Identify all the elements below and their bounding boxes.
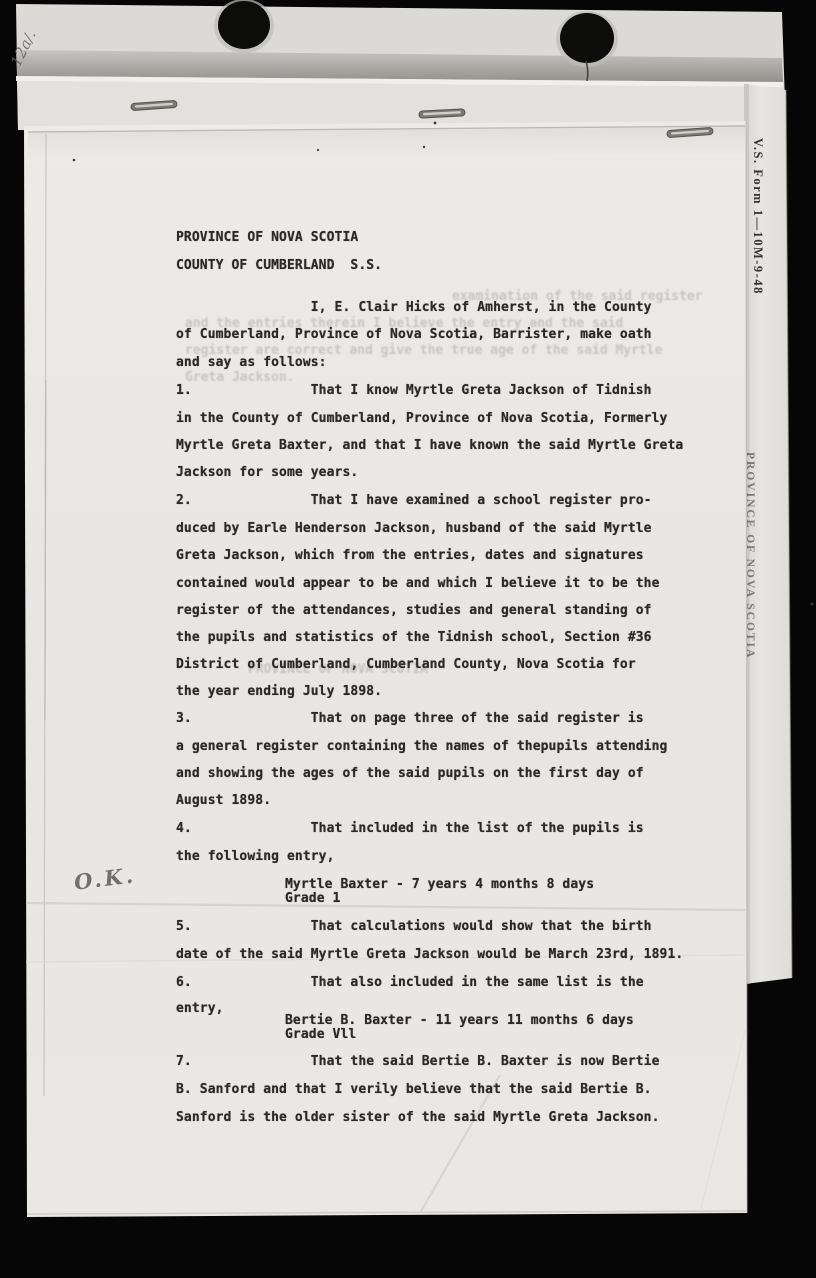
typed-line: August 1898. bbox=[176, 793, 271, 808]
typed-line: entry, bbox=[176, 1001, 224, 1016]
typed-line: B. Sanford and that I verily believe tha… bbox=[176, 1082, 652, 1097]
scanned-document-photo: examination of the said registerand the … bbox=[0, 0, 816, 1278]
typed-line: and showing the ages of the said pupils … bbox=[176, 766, 644, 781]
typed-line: in the County of Cumberland, Province of… bbox=[176, 411, 667, 426]
typed-line: 7. That the said Bertie B. Baxter is now… bbox=[176, 1054, 660, 1069]
typed-line: 6. That also included in the same list i… bbox=[176, 975, 644, 990]
typed-line: 5. That calculations would show that the… bbox=[176, 919, 652, 934]
typed-line: Myrtle Greta Baxter, and that I have kno… bbox=[176, 438, 683, 453]
typed-line: Bertie B. Baxter - 11 years 11 months 6 … bbox=[285, 1013, 634, 1028]
typed-line: register of the attendances, studies and… bbox=[176, 603, 652, 618]
hole-punch-left bbox=[214, 0, 274, 53]
typed-line: Myrtle Baxter - 7 years 4 months 8 days bbox=[285, 877, 594, 892]
form-number-edge-text: V.S. Form 1—10M-9-48 bbox=[750, 138, 765, 408]
typed-line: COUNTY OF CUMBERLAND S.S. bbox=[176, 258, 382, 273]
typed-line: Grade Vll bbox=[285, 1027, 356, 1042]
typed-line: the year ending July 1898. bbox=[176, 684, 382, 699]
typed-line: 3. That on page three of the said regist… bbox=[176, 711, 644, 726]
typed-line: District of Cumberland, Cumberland Count… bbox=[176, 657, 636, 672]
typed-line: Sanford is the older sister of the said … bbox=[176, 1110, 660, 1125]
typed-line: of Cumberland, Province of Nova Scotia, … bbox=[176, 327, 652, 342]
typed-line: I, E. Clair Hicks of Amherst, in the Cou… bbox=[176, 300, 652, 315]
typed-line: Grade 1 bbox=[285, 891, 341, 906]
typed-line: 1. That I know Myrtle Greta Jackson of T… bbox=[176, 383, 652, 398]
typed-line: the pupils and statistics of the Tidnish… bbox=[176, 630, 652, 645]
form-heading-edge-text: PROVINCE OF NOVA SCOTIA bbox=[744, 452, 756, 672]
typed-line: and say as follows: bbox=[176, 355, 327, 370]
typed-line: 2. That I have examined a school registe… bbox=[176, 493, 652, 508]
typed-line: PROVINCE OF NOVA SCOTIA bbox=[176, 230, 358, 245]
typed-line: 4. That included in the list of the pupi… bbox=[176, 821, 644, 836]
typed-line: Jackson for some years. bbox=[176, 465, 358, 480]
typed-line: Greta Jackson, which from the entries, d… bbox=[176, 548, 644, 563]
typed-line: duced by Earle Henderson Jackson, husban… bbox=[176, 521, 652, 536]
paper-stack-top-edges bbox=[16, 4, 786, 134]
typed-line: a general register containing the names … bbox=[176, 739, 667, 754]
typed-line: the following entry, bbox=[176, 849, 335, 864]
typed-line: contained would appear to be and which I… bbox=[176, 576, 660, 591]
typed-line: date of the said Myrtle Greta Jackson wo… bbox=[176, 947, 683, 962]
